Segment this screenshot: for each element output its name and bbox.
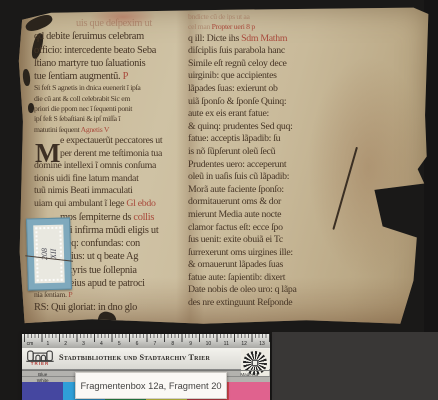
manuscript-line: & quinq: prudentes Sed quq: <box>188 121 353 134</box>
manuscript-line: ſtiano martyre tuo ſaluationis <box>34 57 188 70</box>
manuscript-line: Date nobis de oleo uro: q lãpa <box>188 284 353 297</box>
manuscript-line: bndicte cũ de ips ut aa <box>188 12 353 22</box>
manuscript-line: mierunt Media aute nocte <box>188 209 353 222</box>
manuscript-line: dormitauerunt oms & dor <box>188 196 353 209</box>
manuscript-line: is nõ ſũpſerunt oleũ ſecũ <box>188 146 353 159</box>
manuscript-line: priori die ppom nec ĩ ſequenti ponit <box>34 104 188 114</box>
ink-blot <box>22 69 31 87</box>
rubric-text: Gl ebdo <box>124 198 155 209</box>
manuscript-line: diſciplis ſuis parabola hanc <box>188 45 353 58</box>
manuscript-line: oleũ in uaſis ſuis cũ lãpadib: <box>188 171 353 184</box>
fragment-caption: Fragmentenbox 12a, Fragment 20 <box>75 372 227 399</box>
ruler-number: 8 <box>168 341 178 347</box>
ruler-number: 2 <box>61 341 71 347</box>
manuscript-line: mps ſempiterne ds collis <box>60 211 188 224</box>
manuscript-fragment: M O uis que deſpexim utqd debite ſeruimu… <box>18 7 430 325</box>
manuscript-line: Prudentes uero: acceperunt <box>188 159 353 172</box>
manuscript-line: uis que deſpexim ut <box>76 17 188 30</box>
manuscript-line: tuũ nimis Beati immaculati <box>34 185 188 198</box>
manuscript-line: uiam qui ambulant ĩ lege Gl ebdo <box>34 198 188 211</box>
ruler: cm12345678910111213 <box>22 334 270 349</box>
ruler-number: 13 <box>257 341 267 347</box>
manuscript-line: & ornauerunt lãpades ſuas <box>188 259 353 272</box>
rubric-text: Agnetis V <box>79 125 109 134</box>
manuscript-line: des nre extinguunt Reſponde <box>188 297 353 310</box>
manuscript-line: clamor factus eſt: ecce ſpo <box>188 222 353 235</box>
institution-band: TRIER Stadtbibliothek und Stadtarchiv Tr… <box>22 348 270 370</box>
rubric-text: Propter ueri 8 p <box>210 22 255 31</box>
manuscript-line: ſus uenit: exite obuiã ei Tc <box>188 234 353 247</box>
ruler-number: 5 <box>114 341 124 347</box>
ruler-number: 4 <box>96 341 106 347</box>
manuscript-line: aute ex eis erant fatue: <box>188 108 353 121</box>
manuscript-line: e expectauerũt peccatores ut <box>60 135 188 148</box>
color-patch <box>229 382 270 400</box>
manuscript-right-column: bndicte cũ de ips ut aacel man Propter u… <box>188 12 353 324</box>
manuscript-line: uiã ſponſo & ſponſe Quinq: <box>188 96 353 109</box>
rubric-text: P <box>67 290 73 299</box>
manuscript-line: domine intellexi ĩ omnis conſuma <box>34 160 188 173</box>
rubric-text: collis <box>131 212 154 223</box>
ruler-numbers: cm12345678910111213 <box>25 341 267 347</box>
stamp-label: 208 XII <box>33 225 65 284</box>
manuscript-line: uirginib: que accipientes <box>188 70 353 83</box>
manuscript-line: officio: intercedente beato Seba <box>34 44 188 57</box>
manuscript-line: per derent me teſtimonia tua <box>60 148 188 161</box>
ruler-number: 12 <box>239 341 249 347</box>
manuscript-line: fatue: acceptis lãpadib: ſu <box>188 133 353 146</box>
manuscript-line: q ill: Dicte ihs Sdm Mathm <box>188 33 353 46</box>
background-light-zone <box>272 332 438 400</box>
manuscript-line: tue ſentiam augmentũ. P <box>34 70 188 83</box>
manuscript-line: Si feſt S agnetis in dnica euenerit ĩ ip… <box>34 83 188 93</box>
manuscript-line: fatue aute: ſapientib: dixert <box>188 272 353 285</box>
manuscript-line: ſurrexerunt oms uirgines ille: <box>188 247 353 260</box>
photo-background: M O uis que deſpexim utqd debite ſeruimu… <box>0 0 438 400</box>
ruler-number: 11 <box>221 341 231 347</box>
ruler-number: cm <box>25 341 35 347</box>
archival-stamp: 208 XII <box>26 217 72 290</box>
manuscript-line: qd debite ſeruimus celebram <box>34 30 188 43</box>
manuscript-line: qui infirma mũdi eligis ut <box>60 224 188 237</box>
ruler-number: 6 <box>132 341 142 347</box>
ruler-number: 9 <box>186 341 196 347</box>
manuscript-line: ipſ feſt S ſebaſtiani & ipſ miſſa ĩ <box>34 114 188 124</box>
trier-logo: TRIER <box>26 349 56 368</box>
rubric-text: P <box>120 71 128 82</box>
manuscript-line: tionis uidi fine latum mandat <box>34 173 188 186</box>
manuscript-line: die cũ ant & coll celebrabit Sic em <box>34 94 188 104</box>
ruler-number: 7 <box>150 341 160 347</box>
manuscript-line: Morã aute faciente ſponſo: <box>188 184 353 197</box>
manuscript-line: nia ſentiam. P <box>34 290 188 300</box>
manuscript-line: lãpades ſuas: exierunt ob <box>188 83 353 96</box>
ruler-number: 1 <box>43 341 53 347</box>
rubric-text: Sdm Mathm <box>239 33 287 44</box>
manuscript-line: RS: Qui gloriat: in dno glo <box>34 301 188 314</box>
color-patch <box>22 382 63 400</box>
ruler-number: 3 <box>79 341 89 347</box>
manuscript-line: cel man Propter ueri 8 p <box>188 22 353 32</box>
manuscript-line: Simile eſt regnũ celoy dece <box>188 58 353 71</box>
ruler-number: 10 <box>203 341 213 347</box>
manuscript-line: matutini ſequent Agnetis V <box>34 125 188 135</box>
institution-title: Stadtbibliothek und Stadtarchiv Trier <box>59 353 239 362</box>
